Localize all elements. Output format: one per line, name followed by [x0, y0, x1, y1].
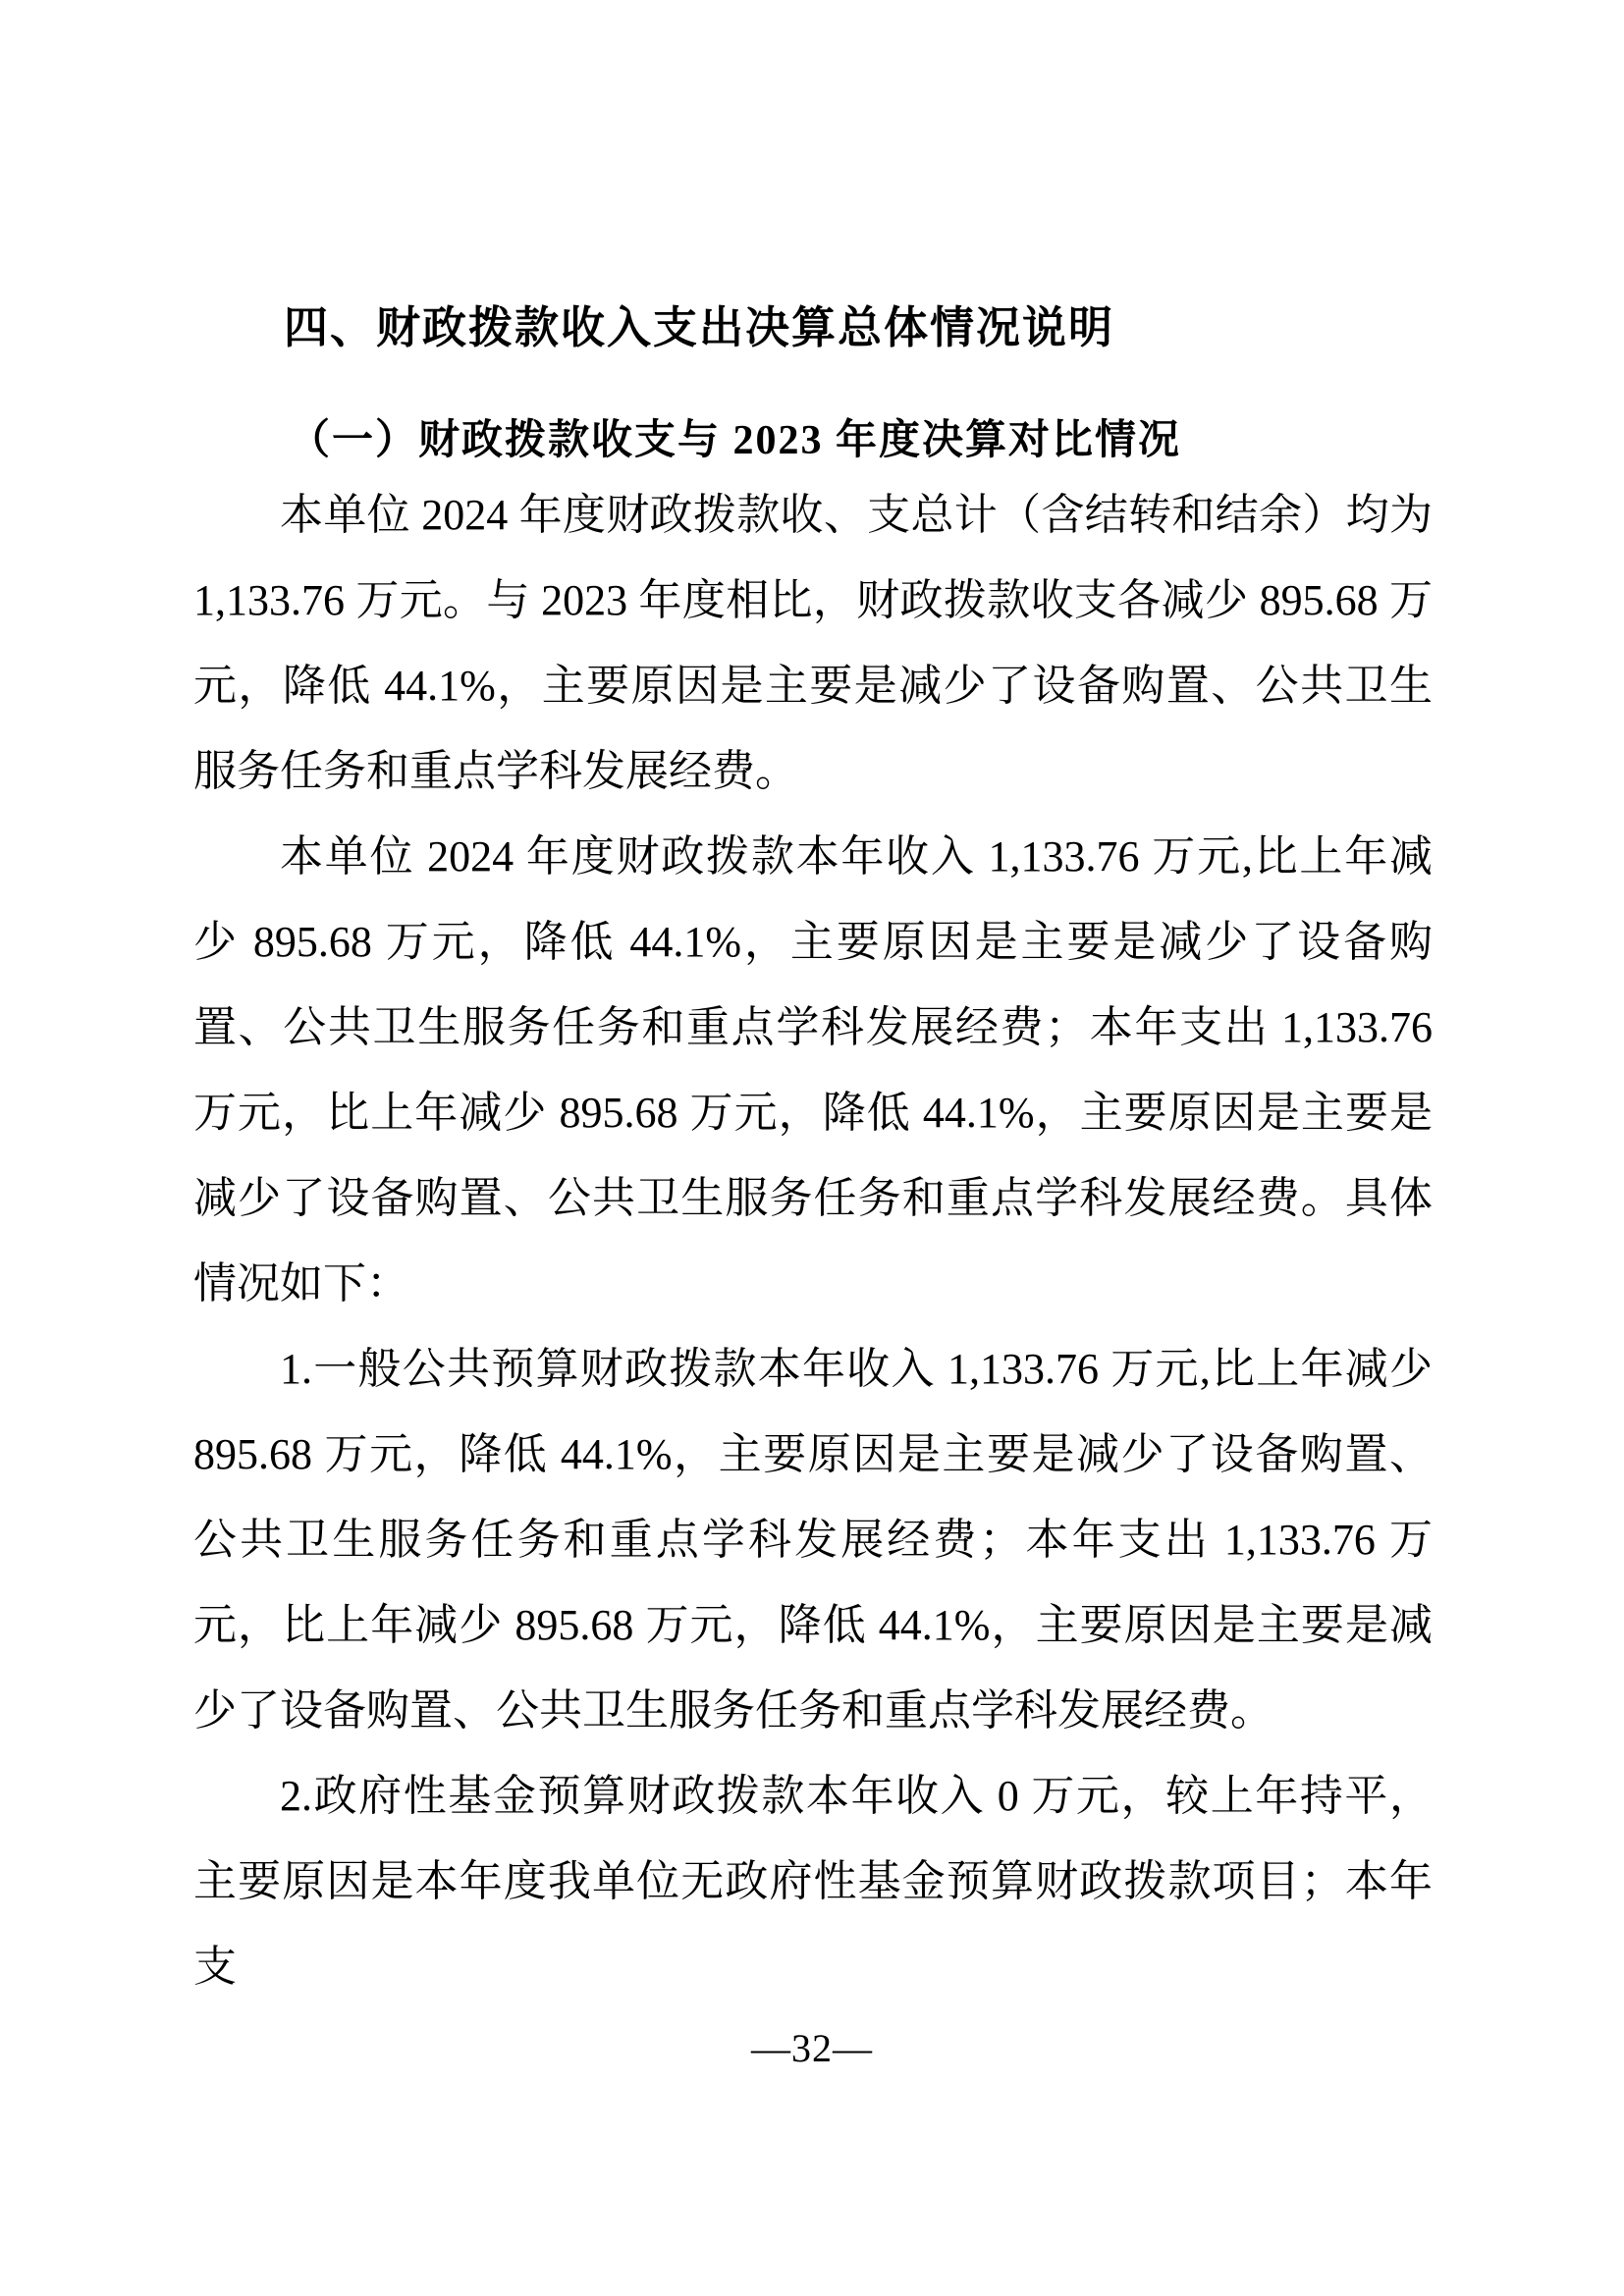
- paragraph-government-fund-budget: 2.政府性基金预算财政拨款本年收入 0 万元，较上年持平，主要原因是本年度我单位…: [193, 1753, 1433, 2009]
- paragraph-income-expense: 本单位 2024 年度财政拨款本年收入 1,133.76 万元,比上年减少 89…: [193, 814, 1433, 1326]
- document-body: 本单位 2024 年度财政拨款收、支总计（含结转和结余）均为 1,133.76 …: [193, 472, 1433, 2009]
- page-number: —32—: [0, 2024, 1624, 2073]
- document-title: 四、财政拨款收入支出决算总体情况说明: [284, 300, 1114, 355]
- section-heading: （一）财政拨款收支与 2023 年度决算对比情况: [289, 414, 1181, 467]
- paragraph-general-public-budget: 1.一般公共预算财政拨款本年收入 1,133.76 万元,比上年减少 895.6…: [193, 1326, 1433, 1753]
- paragraph-overview: 本单位 2024 年度财政拨款收、支总计（含结转和结余）均为 1,133.76 …: [193, 472, 1433, 814]
- document-page: 四、财政拨款收入支出决算总体情况说明 （一）财政拨款收支与 2023 年度决算对…: [0, 0, 1624, 2296]
